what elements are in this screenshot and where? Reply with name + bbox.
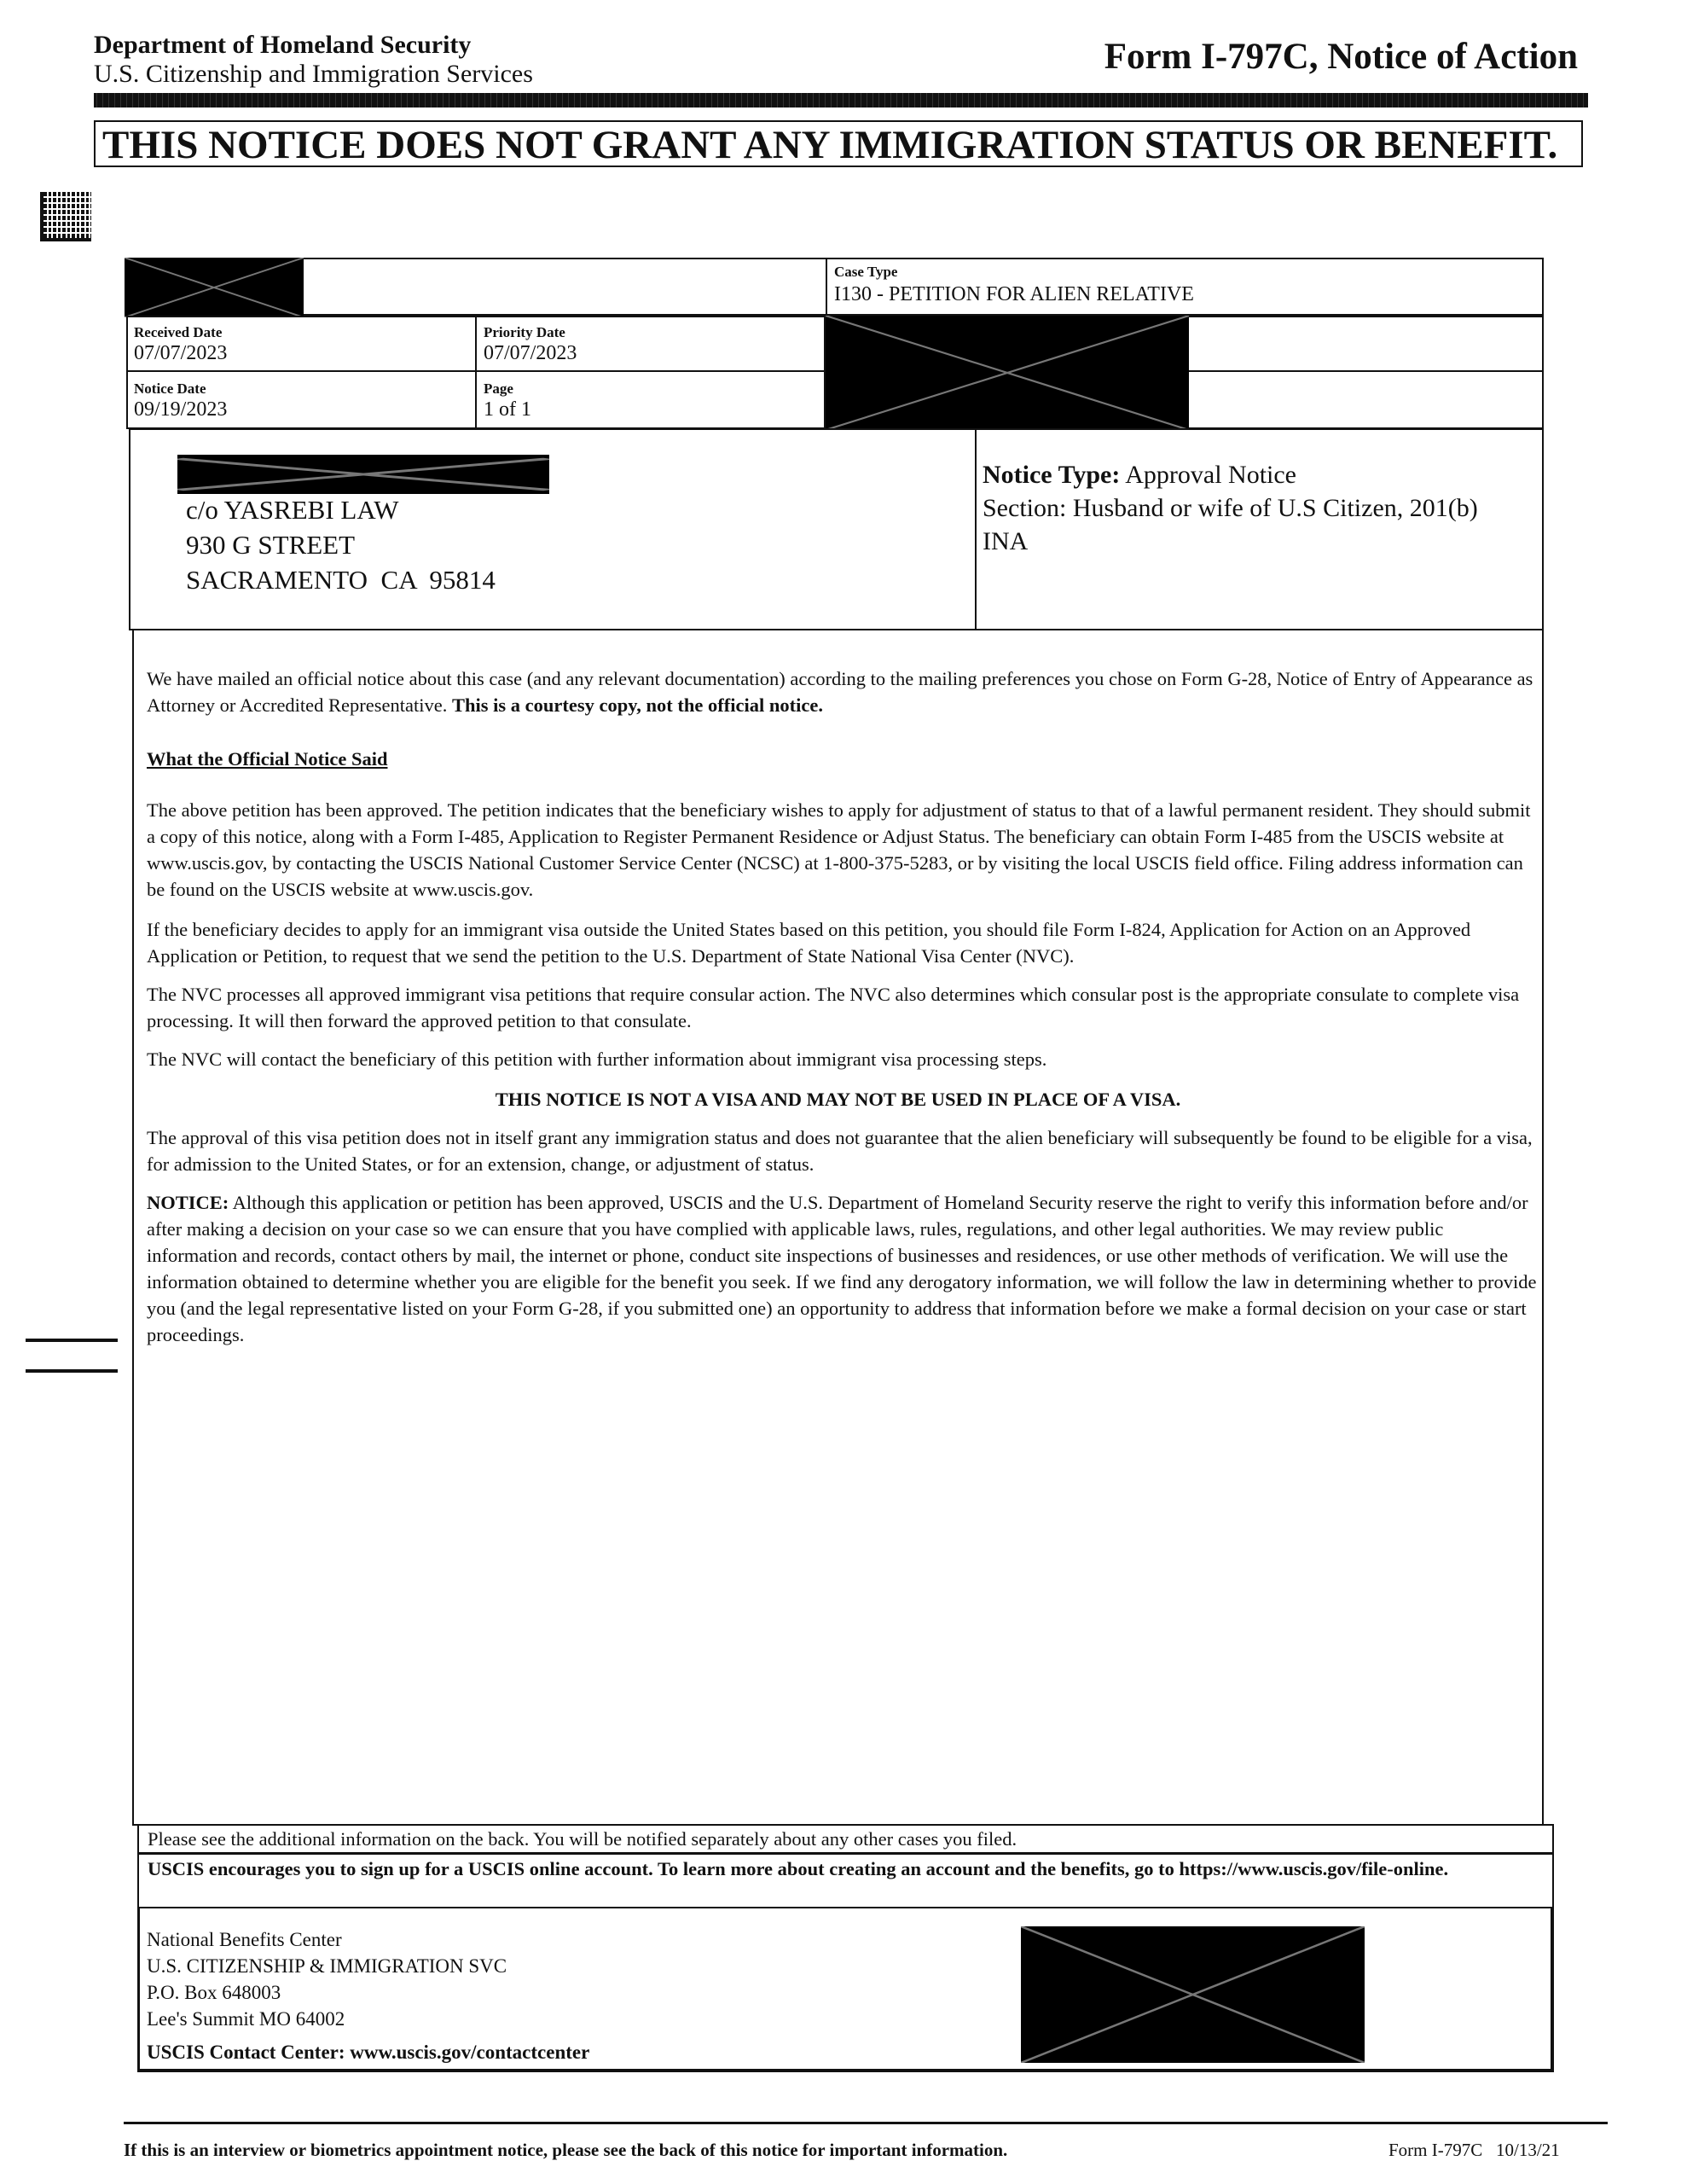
page-label: Page xyxy=(484,380,513,398)
notice-type-value: Approval Notice xyxy=(1125,461,1296,489)
agency-name: Department of Homeland Security xyxy=(94,31,471,60)
courtesy-copy-note: This is a courtesy copy, not the officia… xyxy=(452,694,823,716)
notice-date-value: 09/19/2023 xyxy=(134,398,227,421)
notice-label: NOTICE: xyxy=(147,1192,229,1213)
margin-mark xyxy=(26,1339,118,1342)
notice-section-cont: INA xyxy=(983,525,1478,558)
received-date-label: Received Date xyxy=(134,324,222,341)
not-a-visa-notice: THIS NOTICE IS NOT A VISA AND MAY NOT BE… xyxy=(132,1089,1544,1111)
address-line-1: c/o YASREBI LAW xyxy=(186,492,496,527)
footer-note: If this is an interview or biometrics ap… xyxy=(124,2140,1007,2161)
notice-type-label: Notice Type: xyxy=(983,461,1120,489)
paragraph-verification-notice: NOTICE: Although this application or pet… xyxy=(147,1189,1537,1348)
form-id: Form I-797C 10/13/21 xyxy=(1388,2140,1560,2161)
service-center-address: National Benefits Center U.S. CITIZENSHI… xyxy=(147,1926,507,2032)
notice-date-label: Notice Date xyxy=(134,380,206,398)
paragraph-approval-limits: The approval of this visa petition does … xyxy=(147,1124,1537,1177)
priority-date-value: 07/07/2023 xyxy=(484,342,577,365)
agency-subname: U.S. Citizenship and Immigration Service… xyxy=(94,60,533,89)
online-account-row: USCIS encourages you to sign up for a US… xyxy=(137,1853,1554,1908)
case-type-value: I130 - PETITION FOR ALIEN RELATIVE xyxy=(834,283,1194,306)
contact-center-link[interactable]: USCIS Contact Center: www.uscis.gov/cont… xyxy=(147,2042,589,2064)
case-type-label: Case Type xyxy=(834,264,897,281)
priority-date-label: Priority Date xyxy=(484,324,565,341)
intro-paragraph: We have mailed an official notice about … xyxy=(147,665,1537,718)
center-line-2: U.S. CITIZENSHIP & IMMIGRATION SVC xyxy=(147,1953,507,1979)
redacted-receipt-number xyxy=(125,258,304,317)
redacted-signature-area xyxy=(1021,1926,1365,2063)
center-name: National Benefits Center xyxy=(147,1926,507,1953)
redacted-beneficiary xyxy=(826,316,1189,430)
address-line-2: 930 G STREET xyxy=(186,527,496,562)
paragraph-nvc-contact: The NVC will contact the beneficiary of … xyxy=(147,1046,1537,1072)
redacted-addressee-name xyxy=(177,455,549,494)
margin-mark xyxy=(26,1369,118,1373)
notice-type-block: Notice Type: Approval Notice Section: Hu… xyxy=(983,458,1478,558)
form-title: Form I-797C, Notice of Action xyxy=(1104,36,1578,78)
status-banner: THIS NOTICE DOES NOT GRANT ANY IMMIGRATI… xyxy=(94,120,1583,167)
paragraph-nvc-processes: The NVC processes all approved immigrant… xyxy=(147,981,1537,1034)
paragraph-approval: The above petition has been approved. Th… xyxy=(147,797,1537,903)
center-line-4: Lee's Summit MO 64002 xyxy=(147,2006,507,2032)
address-line-3: SACRAMENTO CA 95814 xyxy=(186,562,496,597)
notice-section: Section: Husband or wife of U.S Citizen,… xyxy=(983,491,1478,525)
footer-rule xyxy=(124,2122,1608,2124)
barcode-icon xyxy=(40,192,91,241)
header-rule xyxy=(94,93,1588,107)
additional-info-row: Please see the additional information on… xyxy=(137,1824,1554,1854)
paragraph-i824: If the beneficiary decides to apply for … xyxy=(147,916,1537,969)
address-divider xyxy=(975,428,977,630)
page-value: 1 of 1 xyxy=(484,398,531,421)
section-heading: What the Official Notice Said xyxy=(147,748,387,770)
received-date-value: 07/07/2023 xyxy=(134,342,227,365)
center-line-3: P.O. Box 648003 xyxy=(147,1979,507,2006)
mailing-address: c/o YASREBI LAW 930 G STREET SACRAMENTO … xyxy=(186,492,496,597)
